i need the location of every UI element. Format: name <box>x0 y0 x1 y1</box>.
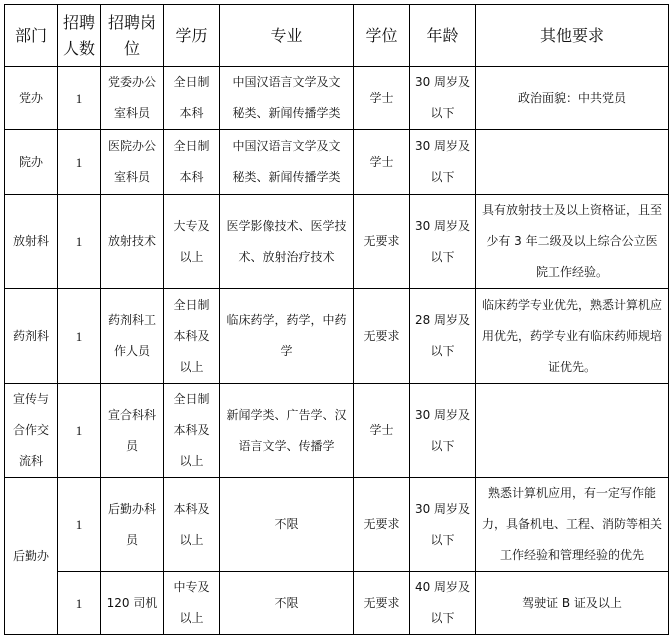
table-row: 宣传与 合作交 流科 1 宣合科科 员 全日制 本科及 以上 新闻学类、广告学、… <box>5 384 669 478</box>
cell-dept: 药剂科 <box>5 289 58 384</box>
table-row: 药剂科 1 药剂科工 作人员 全日制 本科及 以上 临床药学，药学，中药 学 无… <box>5 289 669 384</box>
header-row: 部门 招聘 人数 招聘岗 位 学历 专业 学位 年龄 其他要求 <box>5 5 669 67</box>
header-major: 专业 <box>220 5 354 67</box>
cell-education: 全日制 本科及 以上 <box>164 384 220 478</box>
table-row: 院办 1 医院办公 室科员 全日制 本科 中国汉语言文学及文 秘类、新闻传播学类… <box>5 130 669 195</box>
cell-age: 30 周岁及 以下 <box>410 478 476 572</box>
cell-other: 临床药学专业优先，熟悉计算机应 用优先，药学专业有临床药师规培 证优先。 <box>476 289 669 384</box>
cell-degree: 无要求 <box>354 478 410 572</box>
cell-age: 30 周岁及 以下 <box>410 195 476 289</box>
header-count: 招聘 人数 <box>58 5 101 67</box>
cell-position: 放射技术 <box>101 195 164 289</box>
cell-dept: 党办 <box>5 67 58 130</box>
cell-degree: 无要求 <box>354 289 410 384</box>
cell-count: 1 <box>58 289 101 384</box>
cell-education: 全日制 本科 <box>164 130 220 195</box>
header-degree: 学位 <box>354 5 410 67</box>
table-row: 后勤办 1 后勤办科 员 本科及 以上 不限 无要求 30 周岁及 以下 熟悉计… <box>5 478 669 572</box>
cell-count: 1 <box>58 572 101 635</box>
cell-other <box>476 130 669 195</box>
cell-count: 1 <box>58 384 101 478</box>
cell-count: 1 <box>58 195 101 289</box>
table-row: 1 120 司机 中专及 以上 不限 无要求 40 周岁及 以下 驾驶证 B 证… <box>5 572 669 635</box>
cell-age: 40 周岁及 以下 <box>410 572 476 635</box>
cell-age: 30 周岁及 以下 <box>410 384 476 478</box>
cell-major: 临床药学，药学，中药 学 <box>220 289 354 384</box>
cell-degree: 学士 <box>354 130 410 195</box>
table-row: 党办 1 党委办公 室科员 全日制 本科 中国汉语言文学及文 秘类、新闻传播学类… <box>5 67 669 130</box>
cell-dept: 宣传与 合作交 流科 <box>5 384 58 478</box>
cell-age: 28 周岁及 以下 <box>410 289 476 384</box>
cell-other: 具有放射技士及以上资格证，且至 少有 3 年二级及以上综合公立医 院工作经验。 <box>476 195 669 289</box>
cell-count: 1 <box>58 67 101 130</box>
cell-count: 1 <box>58 478 101 572</box>
cell-dept: 放射科 <box>5 195 58 289</box>
cell-position: 党委办公 室科员 <box>101 67 164 130</box>
cell-position: 120 司机 <box>101 572 164 635</box>
recruitment-table: 部门 招聘 人数 招聘岗 位 学历 专业 学位 年龄 其他要求 党办 1 党委办… <box>4 4 669 635</box>
cell-education: 中专及 以上 <box>164 572 220 635</box>
cell-dept: 院办 <box>5 130 58 195</box>
cell-major: 中国汉语言文学及文 秘类、新闻传播学类 <box>220 130 354 195</box>
cell-education: 全日制 本科及 以上 <box>164 289 220 384</box>
cell-age: 30 周岁及 以下 <box>410 67 476 130</box>
cell-degree: 无要求 <box>354 195 410 289</box>
cell-degree: 无要求 <box>354 572 410 635</box>
cell-position: 药剂科工 作人员 <box>101 289 164 384</box>
cell-major: 不限 <box>220 572 354 635</box>
cell-major: 新闻学类、广告学、汉 语言文学、传播学 <box>220 384 354 478</box>
cell-dept: 后勤办 <box>5 478 58 635</box>
cell-degree: 学士 <box>354 67 410 130</box>
header-dept: 部门 <box>5 5 58 67</box>
header-age: 年龄 <box>410 5 476 67</box>
cell-education: 大专及 以上 <box>164 195 220 289</box>
cell-major: 医学影像技术、医学技 术、放射治疗技术 <box>220 195 354 289</box>
cell-degree: 学士 <box>354 384 410 478</box>
cell-other: 熟悉计算机应用，有一定写作能 力，具备机电、工程、消防等相关 工作经验和管理经验… <box>476 478 669 572</box>
cell-count: 1 <box>58 130 101 195</box>
header-other: 其他要求 <box>476 5 669 67</box>
cell-major: 中国汉语言文学及文 秘类、新闻传播学类 <box>220 67 354 130</box>
cell-other <box>476 384 669 478</box>
cell-position: 后勤办科 员 <box>101 478 164 572</box>
cell-major: 不限 <box>220 478 354 572</box>
cell-position: 医院办公 室科员 <box>101 130 164 195</box>
cell-age: 30 周岁及 以下 <box>410 130 476 195</box>
cell-position: 宣合科科 员 <box>101 384 164 478</box>
cell-education: 全日制 本科 <box>164 67 220 130</box>
cell-other: 政治面貌：中共党员 <box>476 67 669 130</box>
header-education: 学历 <box>164 5 220 67</box>
header-position: 招聘岗 位 <box>101 5 164 67</box>
table-row: 放射科 1 放射技术 大专及 以上 医学影像技术、医学技 术、放射治疗技术 无要… <box>5 195 669 289</box>
cell-other: 驾驶证 B 证及以上 <box>476 572 669 635</box>
cell-education: 本科及 以上 <box>164 478 220 572</box>
